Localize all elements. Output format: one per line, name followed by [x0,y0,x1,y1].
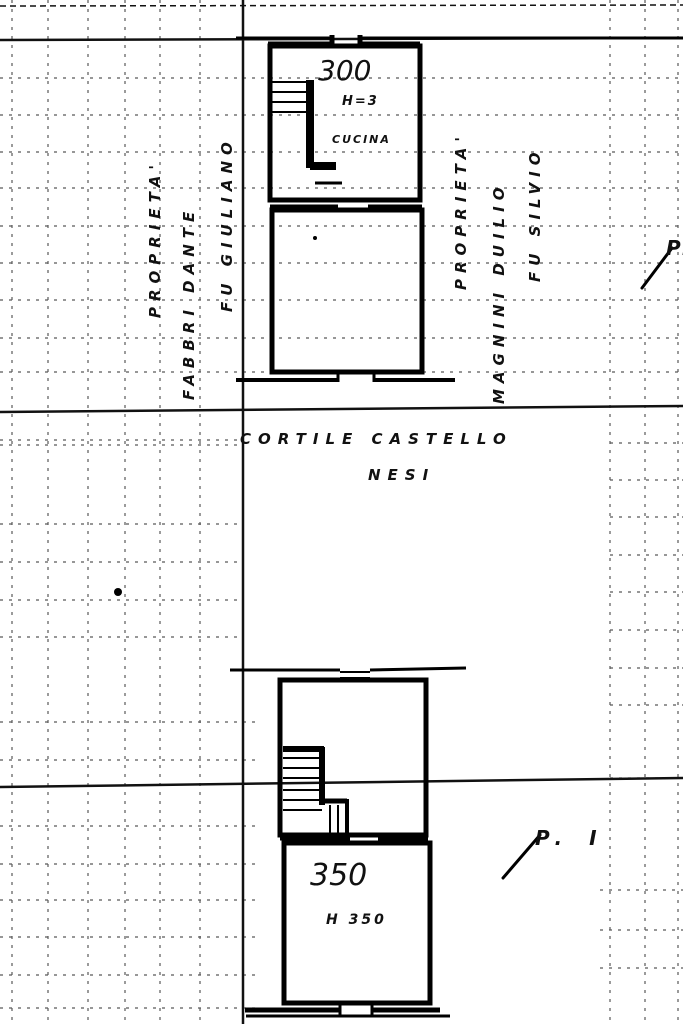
upper-height-label: H=3 [342,94,379,109]
left-owner-line1: PROPRIETA' [146,159,164,318]
ink-dot [114,588,122,596]
right-owner-line3: FU SILVIO [526,147,544,282]
pen-strokes [503,248,672,878]
lower-area-label: 350 [310,858,367,893]
lower-height-label: H 350 [326,912,387,928]
floor-plan-sheet: PROPRIETA' FABBRI DANTE FU GIULIANO PROP… [0,0,683,1024]
upper-area-label: 300 [318,54,371,87]
left-owner-line3: FU GIULIANO [218,136,236,312]
courtyard-line1: CORTILE CASTELLO [240,430,513,448]
left-owner-line2: FABBRI DANTE [180,206,198,400]
right-owner-line2: MAGNINI DUILIO [490,182,508,404]
lower-building-plan [230,668,466,1016]
floor-mark-lower: P. I [535,826,607,850]
room-name-label: CUCINA [332,133,391,146]
courtyard-line2: NESI [368,466,435,484]
right-owner-line1: PROPRIETA' [452,131,470,290]
floor-mark-upper: P. [666,236,683,260]
